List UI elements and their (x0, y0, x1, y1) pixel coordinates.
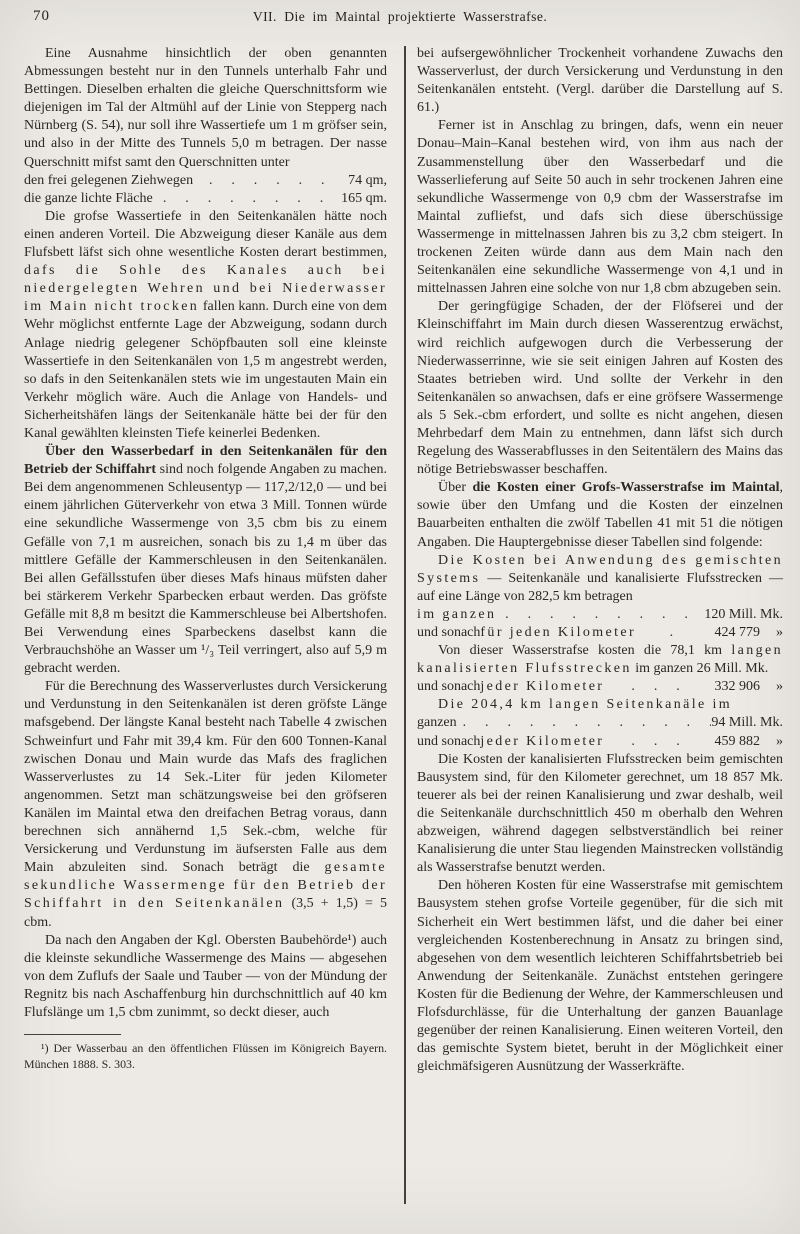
text-run: Die Kosten der kanalisierten Flufsstreck… (417, 752, 783, 876)
ditto-mark: » (776, 624, 783, 642)
left-column: Eine Ausnahme hinsichtlich der oben gena… (24, 45, 387, 1072)
paragraph: Den höheren Kosten für eine Wasserstrafs… (417, 877, 783, 1076)
leader-dots: . . . . . . . . . . . . (457, 714, 712, 732)
ditto-mark: » (776, 678, 783, 696)
paragraph: Von dieser Wasserstrafse kosten die 78,1… (417, 642, 783, 678)
paragraph: Über die Kosten einer Grofs-Wasserstrafs… (417, 479, 783, 551)
paragraph: Der geringfügige Schaden, der der Flöfse… (417, 298, 783, 479)
leader-value: 332 906 (715, 678, 761, 696)
leader-dots: . . . (604, 733, 714, 751)
column-divider (404, 46, 406, 1204)
paragraph: Die Kosten bei Anwendung des gemischten … (417, 552, 783, 606)
text-run: Ferner ist in Anschlag zu bringen, dafs,… (417, 118, 783, 296)
paragraph: Eine Ausnahme hinsichtlich der oben gena… (24, 45, 387, 172)
text-run: Die 204,4 km langen Seitenkanäle im (438, 697, 732, 712)
leader-label: und sonach (417, 624, 480, 642)
text-run: Eine Ausnahme hinsichtlich der oben gena… (24, 46, 387, 170)
leader-value: 120 Mill. Mk. (704, 606, 783, 624)
paragraph: Da nach den Angaben der Kgl. Obersten Ba… (24, 932, 387, 1022)
text-run: Den höheren Kosten für eine Wasserstrafs… (417, 878, 783, 1074)
leader-dots: . . . . . . (193, 172, 348, 190)
text-run: Die grofse Wassertiefe in den Seitenkanä… (24, 209, 387, 260)
leader-line: im ganzen. . . . . . . . .120 Mill. Mk. (417, 606, 783, 624)
leader-line: den frei gelegenen Ziehwegen. . . . . .7… (24, 172, 387, 190)
ditto-mark: » (776, 733, 783, 751)
text-run: im ganzen 26 Mill. Mk. (632, 661, 769, 676)
leader-line: die ganze lichte Fläche. . . . . . . .16… (24, 190, 387, 208)
paragraph: Die grofse Wassertiefe in den Seitenkanä… (24, 208, 387, 443)
text-run: sind noch folgende Angaben zu machen. Be… (24, 462, 387, 676)
leader-label: im ganzen (417, 606, 496, 624)
text-run: die Kosten einer Grofs-Wasserstrafse im … (472, 480, 779, 495)
leader-line: ganzen. . . . . . . . . . . .94 Mill. Mk… (417, 714, 783, 732)
footnote: ¹) Der Wasserbau an den öffentlichen Flü… (24, 1041, 387, 1072)
leader-line: und sonach jeder Kilometer. . .459 882» (417, 733, 783, 751)
right-column: bei aufsergewöhnlicher Trockenheit vorha… (417, 45, 783, 1076)
leader-label: und sonach (417, 678, 480, 696)
paragraph: Die 204,4 km langen Seitenkanäle im (417, 696, 783, 714)
leader-value: 459 882 (715, 733, 761, 751)
footnote-divider (24, 1034, 121, 1035)
text-run: Der geringfügige Schaden, der der Flöfse… (417, 299, 783, 477)
paragraph: Für die Berechnung des Wasserverlustes d… (24, 678, 387, 931)
leader-label: jeder Kilometer (480, 733, 604, 751)
leader-value: 165 qm. (341, 190, 387, 208)
leader-label: und sonach (417, 733, 480, 751)
leader-label: die ganze lichte Fläche (24, 190, 153, 208)
text-run: Von dieser Wasserstrafse kosten die 78,1… (438, 643, 731, 658)
text-run: Für die Berechnung des Wasserverlustes d… (24, 679, 387, 875)
leader-label: ganzen (417, 714, 457, 732)
text-run: bei aufsergewöhnlicher Trockenheit vorha… (417, 46, 783, 115)
running-title: VII. Die im Maintal projektierte Wassers… (0, 9, 800, 25)
text-run: Da nach den Angaben der Kgl. Obersten Ba… (24, 933, 387, 1020)
leader-dots: . . . . . . . . (153, 190, 341, 208)
leader-dots: . . . (604, 678, 714, 696)
leader-label: den frei gelegenen Ziehwegen (24, 172, 193, 190)
leader-value: 94 Mill. Mk. (711, 714, 783, 732)
leader-label: jeder Kilometer (480, 678, 604, 696)
leader-line: und sonach für jeden Kilometer.424 779» (417, 624, 783, 642)
paragraph: Ferner ist in Anschlag zu bringen, dafs,… (417, 117, 783, 298)
text-run: fallen kann. Durch eine von dem Wehr mög… (24, 299, 387, 441)
book-page: 70 VII. Die im Maintal projektierte Wass… (0, 0, 800, 1234)
leader-line: und sonach jeder Kilometer. . .332 906» (417, 678, 783, 696)
leader-label: für jeden Kilometer (480, 624, 636, 642)
text-run: Über (438, 480, 472, 495)
left-column-text: Eine Ausnahme hinsichtlich der oben gena… (24, 45, 387, 1022)
paragraph: Über den Wasserbedarf in den Seitenkanäl… (24, 443, 387, 678)
leader-value: 74 qm, (348, 172, 387, 190)
leader-value: 424 779 (715, 624, 761, 642)
paragraph: Die Kosten der kanalisierten Flufsstreck… (417, 751, 783, 878)
leader-dots: . . . . . . . . . (496, 606, 704, 624)
paragraph: bei aufsergewöhnlicher Trockenheit vorha… (417, 45, 783, 117)
leader-dots: . (636, 624, 714, 642)
right-column-text: bei aufsergewöhnlicher Trockenheit vorha… (417, 45, 783, 1076)
